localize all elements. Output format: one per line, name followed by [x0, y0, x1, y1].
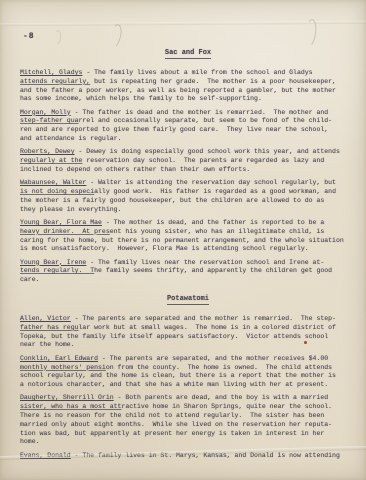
entry-line: ren and are reported to give them fairly…	[20, 126, 356, 135]
entry-first-line: Allen, Victor - The parents are separate…	[20, 315, 356, 324]
entry-line: step-father quarrel and occasionally sep…	[20, 117, 356, 126]
entry-line: they please in everything.	[20, 206, 356, 215]
carbon-ghost-underline: heavy drinker. At pres	[20, 228, 110, 235]
case-entry: Conklin, Earl Edward - The parents are s…	[20, 355, 356, 390]
paper-wrinkle	[52, 29, 63, 46]
entry-name: Daugherty, Sherrill Orin	[20, 394, 114, 401]
entry-line: There is no reason for the child not to …	[20, 412, 356, 421]
entry-first-line: Mitchell, Gladys - The family lives abou…	[20, 69, 356, 78]
carbon-ghost-underline: attends regularly,	[20, 78, 90, 85]
entry-line: sister, who has a most attractive home i…	[20, 403, 356, 412]
carbon-ghost-underline: regularly at the	[20, 157, 82, 164]
entry-line: is most unsatisfactory. However, Flora M…	[20, 245, 356, 254]
case-entry: Daugherty, Sherrill Orin - Both parents …	[20, 394, 356, 447]
entry-name: Allen, Victor	[20, 315, 71, 322]
entry-line: attends regularly, but is repeating her …	[20, 78, 356, 87]
case-entry: Young Bear, Irene - The family lives nea…	[20, 259, 356, 285]
entry-line: home.	[20, 438, 356, 447]
entry-line: regularly at the reservation day school.…	[20, 157, 356, 166]
entry-name: Roberts, Dewey	[20, 148, 75, 155]
entry-line: has some income, which helps the family …	[20, 95, 356, 104]
entry-name: Morgan, Molly	[20, 109, 71, 116]
carbon-ghost-underline: monthly mothers' pensi	[20, 364, 106, 371]
carbon-ghost-underline: father has regu	[20, 324, 79, 331]
case-entry: Young Bear, Flora Mae - The mother is de…	[20, 219, 356, 254]
section-heading-text: Potawatomi	[167, 295, 209, 305]
case-entry: Roberts, Dewey - Dewey is doing especial…	[20, 148, 356, 174]
entry-line: school regularly, and the home is clean,…	[20, 372, 356, 381]
case-entry: Morgan, Molly - The father is dead and t…	[20, 109, 356, 144]
entry-name: Wabaunsee, Walter	[20, 179, 86, 186]
entry-line: monthly mothers' pension from the county…	[20, 364, 356, 373]
entry-first-line: Roberts, Dewey - Dewey is doing especial…	[20, 148, 356, 157]
page-number: -8	[23, 32, 35, 41]
case-entry: Wabaunsee, Walter - Walter is attending …	[20, 179, 356, 214]
entry-name: Young Bear, Irene	[20, 259, 86, 266]
entry-name: Conklin, Earl Edward	[20, 355, 98, 362]
entry-line: is not doing especially good work. His f…	[20, 188, 356, 197]
entry-line: tends regularly. The family seems thrift…	[20, 267, 356, 276]
carbon-ghost-underline: step-father qua	[20, 117, 79, 124]
case-entry: Allen, Victor - The parents are separate…	[20, 315, 356, 350]
entry-line: inclined to depend on others rather than…	[20, 166, 356, 175]
section: Sac and FoxMitchell, Gladys - The family…	[20, 48, 356, 285]
entry-line: the mother is a fairly good housekeeper,…	[20, 197, 356, 206]
document-page: -8 Sac and FoxMitchell, Gladys - The fam…	[0, 0, 366, 480]
carbon-ghost-underline: tends regularly. T	[20, 267, 94, 274]
section-heading-text: Sac and Fox	[165, 49, 211, 59]
section-heading: Sac and Fox	[20, 48, 356, 58]
case-entry: Mitchell, Gladys - The family lives abou…	[20, 69, 356, 104]
carbon-ghost-underline: is not doing especi	[20, 188, 94, 195]
red-ink-dot	[304, 341, 307, 344]
entry-line: married only about eight months. While s…	[20, 421, 356, 430]
entry-line: a notorious character, and that she has …	[20, 381, 356, 390]
carbon-ghost-underline: sister, who has a most att	[20, 403, 121, 410]
entry-first-line: Daugherty, Sherrill Orin - Both parents …	[20, 394, 356, 403]
entry-name: Mitchell, Gladys	[20, 69, 82, 76]
entry-name: Young Bear, Flora Mae	[20, 219, 102, 226]
section: PotawatomiAllen, Victor - The parents ar…	[20, 294, 356, 460]
section-heading: Potawatomi	[20, 294, 356, 304]
document-content: Sac and FoxMitchell, Gladys - The family…	[20, 48, 356, 465]
entry-line: care.	[20, 276, 356, 285]
entry-first-line: Wabaunsee, Walter - Walter is attending …	[20, 179, 356, 188]
entry-first-line: Young Bear, Flora Mae - The mother is de…	[20, 219, 356, 228]
entry-line: and attendance is regular.	[20, 135, 356, 144]
entry-line: father has regular work but at small wag…	[20, 324, 356, 333]
entry-line: heavy drinker. At present his young sist…	[20, 228, 356, 237]
entry-first-line: Conklin, Earl Edward - The parents are s…	[20, 355, 356, 364]
entry-line: tion was bad, but apparently at present …	[20, 430, 356, 439]
paper-wrinkle	[107, 23, 123, 49]
